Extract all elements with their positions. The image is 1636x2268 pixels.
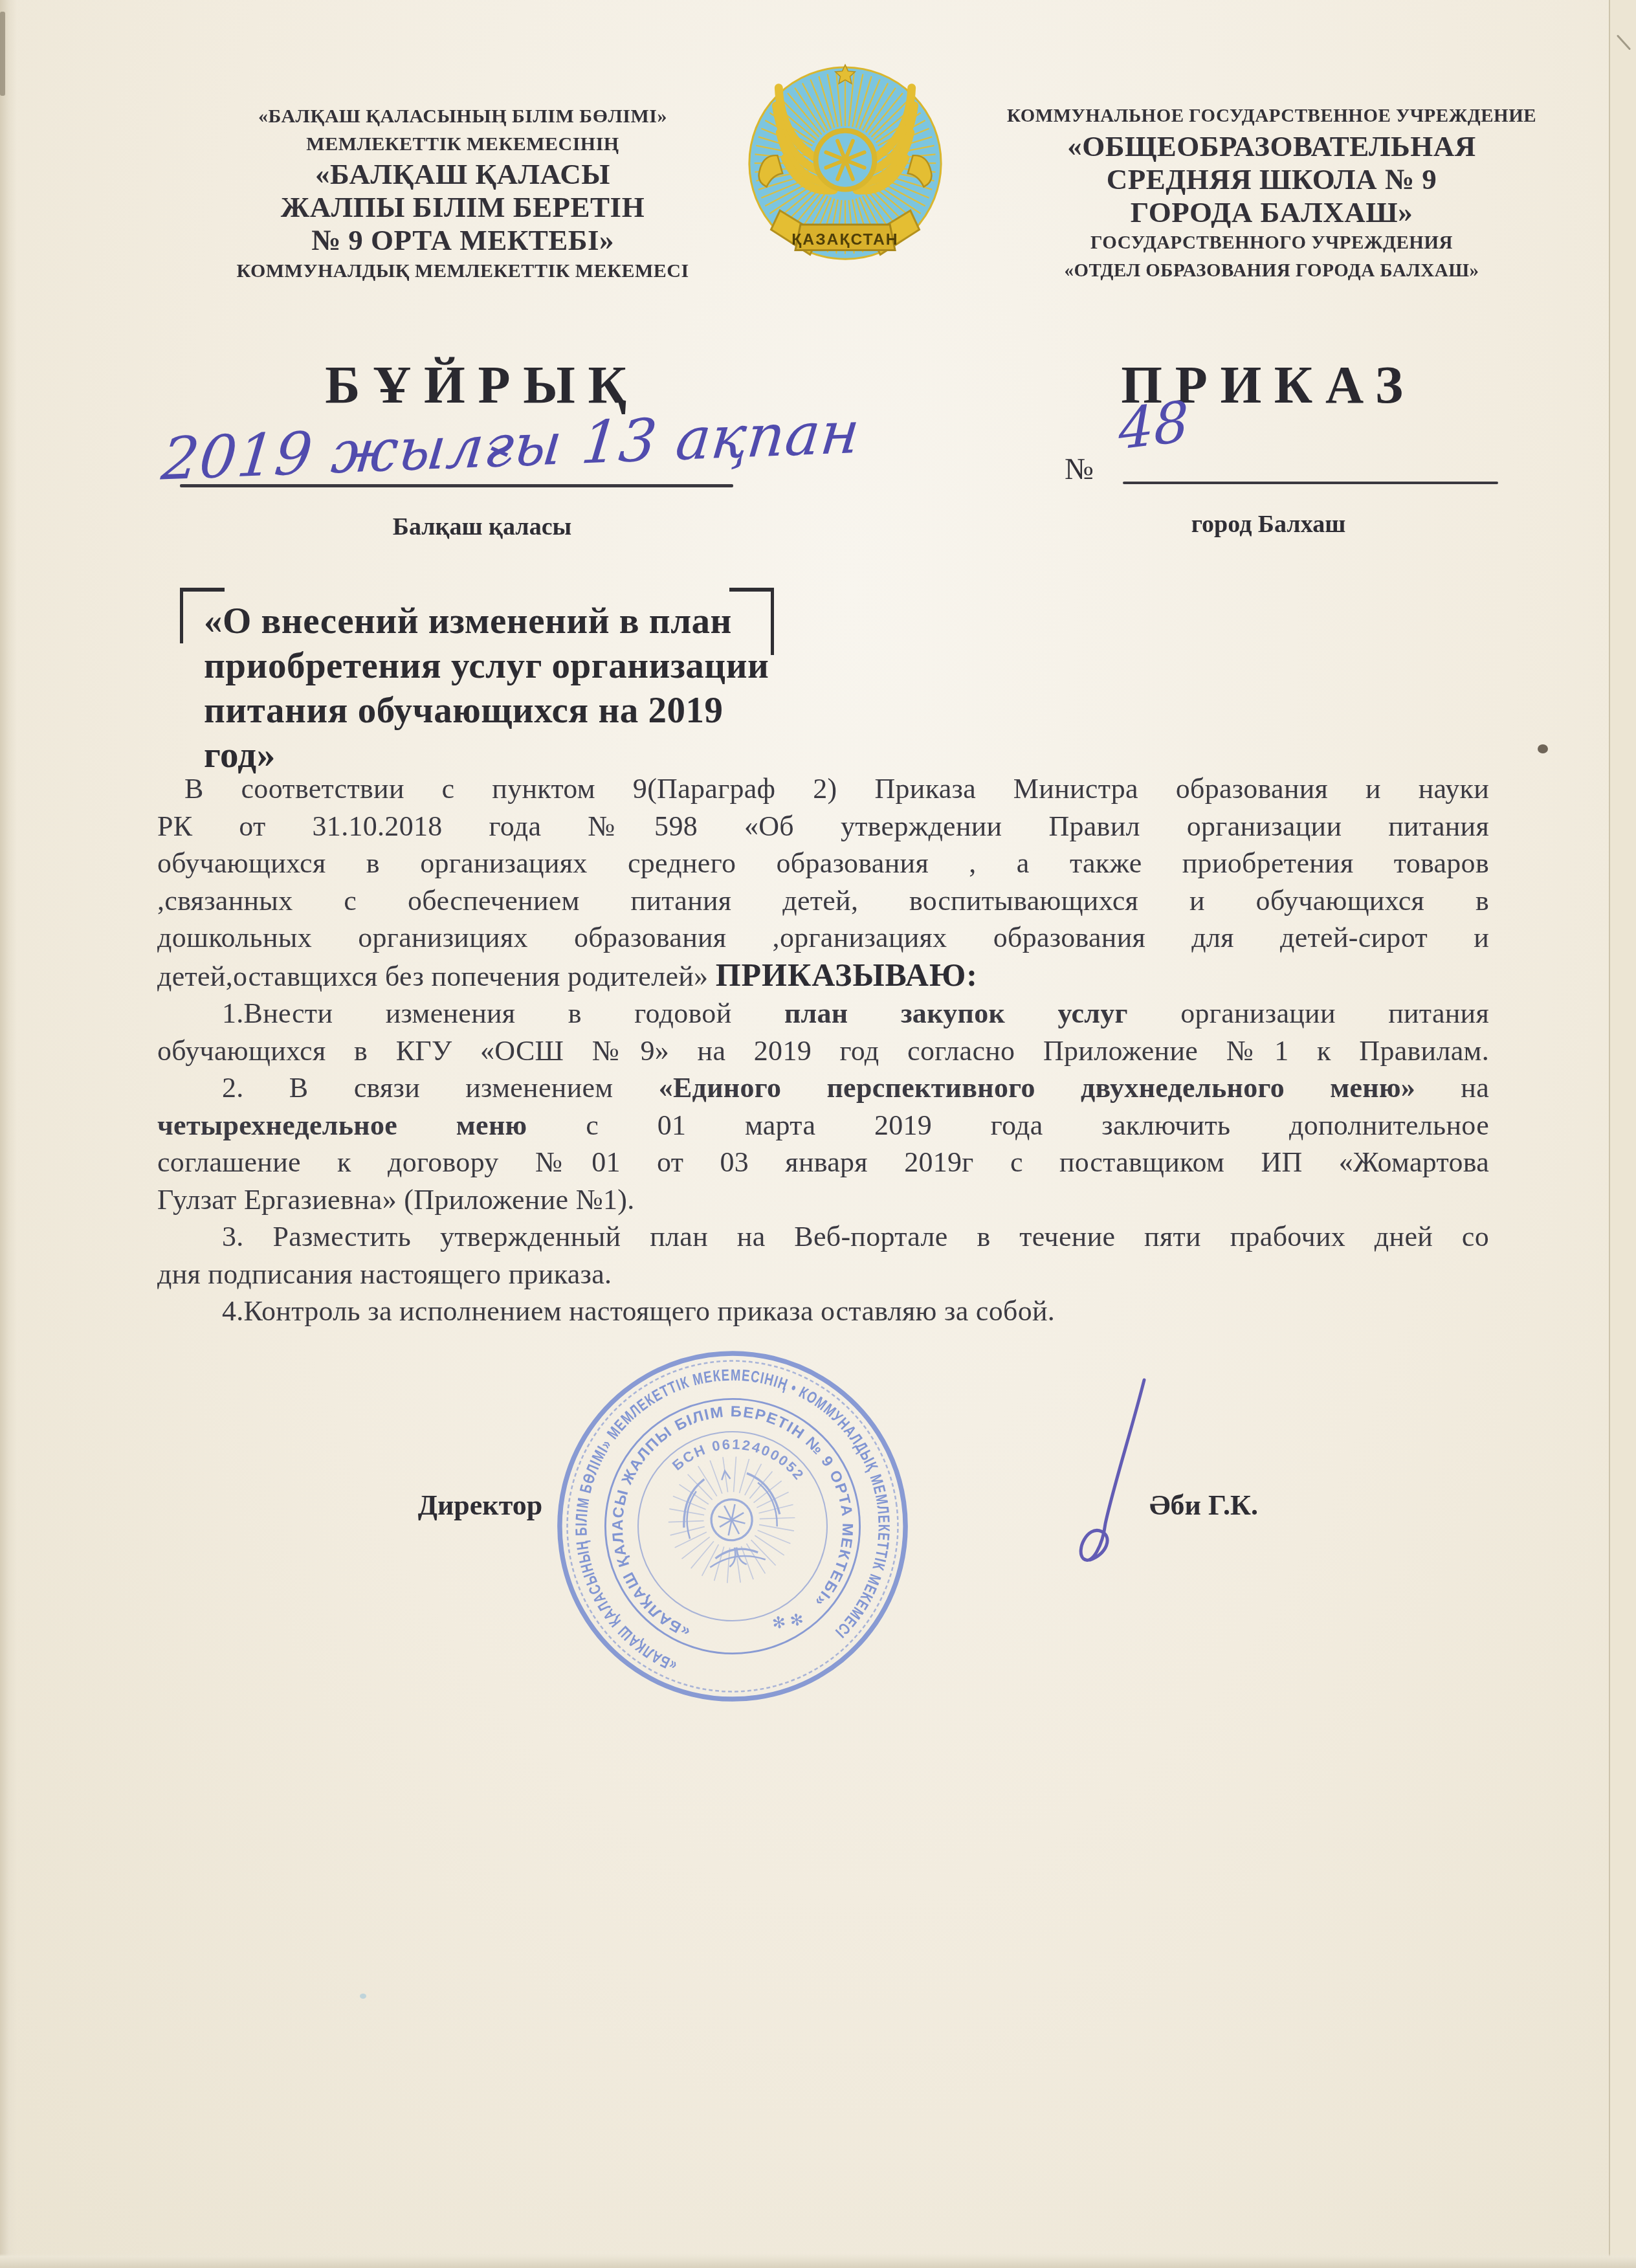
order-text-segment: четырехнедельное меню xyxy=(157,1109,527,1141)
org-line: КОММУНАЛДЫҚ МЕМЛЕКЕТТІК МЕКЕМЕСІ xyxy=(194,257,731,285)
order-subject-line: приобретения услуг организации xyxy=(204,643,774,688)
order-body: В соответствии с пунктом 9(Параграф 2) П… xyxy=(157,770,1489,1330)
date-underline xyxy=(180,484,733,487)
order-text-segment: на xyxy=(1415,1072,1489,1104)
order-text-segment: ,связанных с обеспечением питания детей,… xyxy=(157,885,1489,917)
org-line: «БАЛҚАШ ҚАЛАСЫ xyxy=(194,158,731,191)
order-body-line: четырехнедельное меню с 01 марта 2019 го… xyxy=(157,1107,1489,1144)
order-text-segment: 1.Внести изменения в годовой xyxy=(222,997,784,1029)
org-block-russian: КОММУНАЛЬНОЕ ГОСУДАРСТВЕННОЕ УЧРЕЖДЕНИЕ«… xyxy=(993,102,1550,285)
order-verb: ПРИКАЗЫВАЮ: xyxy=(716,957,978,993)
place-russian: город Балхаш xyxy=(1055,510,1482,539)
order-text-segment: 3. Разместить утвержденный план на Веб-п… xyxy=(222,1221,1489,1252)
order-body-line: РК от 31.10.2018 года №598 «Об утвержден… xyxy=(157,808,1489,845)
org-line: ГОРОДА БАЛХАШ» xyxy=(993,196,1550,229)
org-line: КОММУНАЛЬНОЕ ГОСУДАРСТВЕННОЕ УЧРЕЖДЕНИЕ xyxy=(993,102,1550,130)
signature-stroke-icon xyxy=(1010,1371,1165,1578)
org-line: «БАЛҚАШ ҚАЛАСЫНЫҢ БІЛІМ БӨЛІМІ» xyxy=(194,102,731,130)
signature-ink xyxy=(1010,1371,1165,1578)
scanned-order-page: «БАЛҚАШ ҚАЛАСЫНЫҢ БІЛІМ БӨЛІМІ»МЕМЛЕКЕТТ… xyxy=(0,0,1636,2268)
scan-edge-left xyxy=(0,0,17,2268)
order-body-line: обучающихся в организациях среднего обра… xyxy=(157,845,1489,882)
order-subject: «О внесений изменений в планприобретения… xyxy=(180,586,774,777)
order-body-line: ,связанных с обеспечением питания детей,… xyxy=(157,882,1489,920)
order-text-segment: 2. В связи изменением xyxy=(222,1072,659,1104)
scan-edge-right xyxy=(1609,0,1636,2268)
scan-edge-bottom xyxy=(0,2254,1636,2268)
order-text-segment: РК от 31.10.2018 года №598 «Об утвержден… xyxy=(157,810,1489,842)
handwritten-order-number: 48 xyxy=(1118,389,1189,463)
order-body-line: В соответствии с пунктом 9(Параграф 2) П… xyxy=(157,770,1489,808)
order-subject-line: питания обучающихся на 2019 год» xyxy=(204,688,774,777)
org-line: ГОСУДАРСТВЕННОГО УЧРЕЖДЕНИЯ xyxy=(993,229,1550,257)
order-text-segment: детей,оставщихся без попечения родителей… xyxy=(157,961,716,992)
org-line: СРЕДНЯЯ ШКОЛА № 9 xyxy=(993,163,1550,196)
order-text-segment: обучающихся в организациях среднего обра… xyxy=(157,847,1489,879)
org-line: ЖАЛПЫ БІЛІМ БЕРЕТІН xyxy=(194,191,731,224)
org-block-kazakh: «БАЛҚАШ ҚАЛАСЫНЫҢ БІЛІМ БӨЛІМІ»МЕМЛЕКЕТТ… xyxy=(194,102,731,285)
place-kazakh: Балқаш қаласы xyxy=(269,513,696,541)
order-subject-text: «О внесений изменений в планприобретения… xyxy=(180,586,774,777)
org-line: «ОТДЕЛ ОБРАЗОВАНИЯ ГОРОДА БАЛХАШ» xyxy=(993,257,1550,285)
order-text-segment: дня подписания настоящего приказа. xyxy=(157,1258,612,1290)
stamp-stars: ✻ ✻ xyxy=(771,1610,804,1632)
order-body-line: 4.Контроль за исполнением настоящего при… xyxy=(157,1293,1489,1330)
order-text-segment: 4.Контроль за исполнением настоящего при… xyxy=(222,1295,1055,1327)
order-text-segment: Гулзат Ергазиевна» (Приложение №1). xyxy=(157,1184,635,1216)
school-stamp-icon: «БАЛҚАШ ҚАЛАСЫНЫҢ БІЛІМ БӨЛІМІ» МЕМЛЕКЕТ… xyxy=(526,1320,938,1732)
order-text-segment: В соответствии с пунктом 9(Параграф 2) П… xyxy=(184,773,1489,805)
order-body-line: детей,оставщихся без попечения родителей… xyxy=(157,957,1489,995)
order-body-line: дня подписания настоящего приказа. xyxy=(157,1256,1489,1293)
order-subject-line: «О внесений изменений в план xyxy=(204,599,774,643)
emblem-banner-text: ҚАЗАҚСТАН xyxy=(791,231,898,249)
kazakhstan-emblem: ҚАЗАҚСТАН xyxy=(743,60,947,280)
order-body-line: 2. В связи изменением «Единого перспекти… xyxy=(157,1069,1489,1107)
order-body-line: обучающихся в КГУ «ОСШ №9» на 2019 год с… xyxy=(157,1032,1489,1070)
scan-speck xyxy=(1538,744,1548,753)
order-body-line: Гулзат Ергазиевна» (Приложение №1). xyxy=(157,1181,1489,1219)
order-text-segment: дошкольных организициях образования ,орг… xyxy=(157,922,1489,953)
handwritten-date: 2019 жылғы 13 ақпан xyxy=(159,403,747,493)
org-line: № 9 ОРТА МЕКТЕБІ» xyxy=(194,224,731,257)
scan-edge-mark xyxy=(0,12,5,96)
order-text-segment: план закупок услуг xyxy=(784,997,1128,1029)
org-line: «ОБЩЕОБРАЗОВАТЕЛЬНАЯ xyxy=(993,130,1550,163)
order-body-line: 1.Внести изменения в годовой план закупо… xyxy=(157,995,1489,1032)
order-body-line: соглашение к договору №01 от 03 января 2… xyxy=(157,1144,1489,1181)
order-body-line: 3. Разместить утвержденный план на Веб-п… xyxy=(157,1218,1489,1256)
order-text-segment: соглашение к договору №01 от 03 января 2… xyxy=(157,1146,1489,1178)
order-text-segment: с 01 марта 2019 года заключить дополните… xyxy=(527,1109,1489,1141)
order-body-line: дошкольных организициях образования ,орг… xyxy=(157,919,1489,957)
order-heading-kazakh: БҰЙРЫҚ xyxy=(269,355,696,416)
school-stamp: «БАЛҚАШ ҚАЛАСЫНЫҢ БІЛІМ БӨЛІМІ» МЕМЛЕКЕТ… xyxy=(526,1320,938,1732)
org-line: МЕМЛЕКЕТТІК МЕКЕМЕСІНІҢ xyxy=(194,130,731,158)
order-text-segment: «Единого перспективного двухнедельного м… xyxy=(659,1072,1415,1104)
order-number-label: № xyxy=(1065,452,1094,487)
scan-speck xyxy=(360,1994,366,1999)
kazakhstan-emblem-icon: ҚАЗАҚСТАН xyxy=(743,60,947,280)
order-text-segment: организации питания xyxy=(1128,997,1489,1029)
order-text-segment: обучающихся в КГУ «ОСШ №9» на 2019 год с… xyxy=(157,1035,1489,1067)
number-underline xyxy=(1123,482,1498,484)
